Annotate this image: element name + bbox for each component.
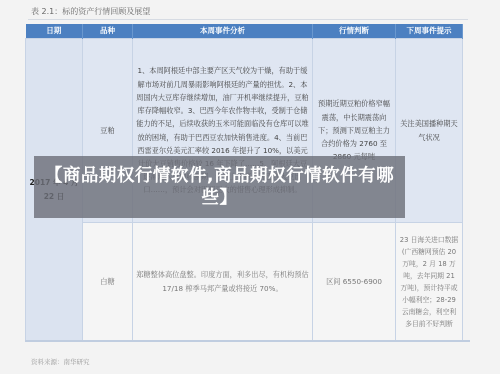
next-week-cell: 关注美国播种期天气状况	[396, 39, 463, 223]
table-bottom-rule	[25, 340, 470, 342]
header-next-week: 下周事件提示	[396, 24, 463, 39]
table-header-row: 日期 品种 本周事件分析 行情判断 下周事件提示	[26, 24, 463, 39]
table-caption: 表 2.1：标的资产行情回顾及展望	[31, 6, 150, 17]
header-analysis: 本周事件分析	[133, 24, 313, 39]
caption-divider	[28, 19, 468, 20]
analysis-cell: 郑糖整体高位盘整。印度方面，利多出尽，有机构预估 17/18 榨季马邦产量或将接…	[133, 223, 313, 341]
judgment-cell: 区间 6550-6900	[313, 223, 396, 341]
header-variety: 品种	[83, 24, 133, 39]
overlay-title-banner: 【商品期权行情软件,商品期权行情软件有哪些】	[34, 156, 405, 218]
header-date: 日期	[26, 24, 83, 39]
header-judgment: 行情判断	[313, 24, 396, 39]
next-week-cell: 23 日海关进口数据(广西糖网预估 20 万吨，2 月 18 万吨，去年同期 2…	[396, 223, 463, 341]
table-row: 白糖 郑糖整体高位盘整。印度方面，利多出尽，有机构预估 17/18 榨季马邦产量…	[26, 223, 463, 341]
source-note: 资料来源：南华研究	[31, 357, 90, 366]
variety-cell: 白糖	[83, 223, 133, 341]
